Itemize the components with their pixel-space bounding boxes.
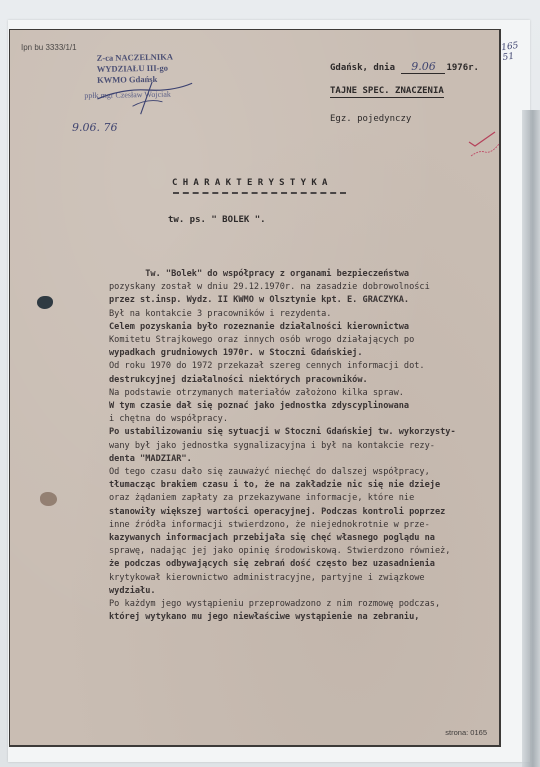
body-line: stanowiły większej wartości operacyjnej.…: [109, 506, 509, 519]
body-line: sprawę, nadając jej jako opinię środowis…: [109, 545, 509, 558]
body-line: wydziału.: [109, 585, 509, 598]
year: 1976r.: [446, 63, 479, 73]
place-prefix: Gdańsk, dnia: [330, 63, 395, 73]
background-edge: [522, 110, 540, 767]
body-line: wypadkach grudniowych 1970r. w Stoczni G…: [109, 347, 509, 360]
body-line: Po ustabilizowaniu się sytuacji w Stoczn…: [109, 426, 509, 439]
body-line: W tym czasie dał się poznać jako jednost…: [109, 400, 509, 413]
body-line: Od tego czasu dało się zauważyć niechęć …: [109, 466, 509, 479]
body-line: pozyskany został w dniu 29.12.1970r. na …: [109, 281, 509, 294]
body-line: Komitetu Strajkowego oraz innych osób wr…: [109, 334, 509, 347]
document-body: Tw. "Bolek" do współpracy z organami bez…: [109, 268, 509, 624]
body-line: oraz żądaniem zapłaty za przekazywane in…: [109, 492, 509, 505]
body-line: przez st.insp. Wydz. II KWMO w Olsztynie…: [109, 294, 509, 307]
official-stamp: Z-ca NACZELNIKA WYDZIAŁU III-go KWMO Gda…: [84, 51, 215, 101]
document-page: Ipn bu 3333/1/1 Z-ca NACZELNIKA WYDZIAŁU…: [9, 29, 501, 747]
archive-signature: Ipn bu 3333/1/1: [21, 43, 77, 52]
body-line: Od roku 1970 do 1972 przekazał szereg ce…: [109, 360, 509, 373]
document-title: CHARAKTERYSTYKA: [172, 178, 333, 188]
copy-number: Egz. pojedynczy: [330, 114, 411, 124]
body-line: Był na kontakcie 3 pracowników i rezyden…: [109, 308, 509, 321]
body-line: denta "MADZIAR".: [109, 453, 509, 466]
folio-numbers: 165 51: [501, 41, 521, 63]
body-line: inne źródła informacji stwierdzono, że n…: [109, 519, 509, 532]
handwritten-date: 9.06: [401, 60, 445, 74]
body-line: destrukcyjnej działalności niektórych pr…: [109, 374, 509, 387]
body-line: Celem pozyskania było rozeznanie działal…: [109, 321, 509, 334]
document-subject: tw. ps. " BOLEK ".: [168, 215, 266, 225]
body-line: której wytykano mu jego niewłaściwe wyst…: [109, 611, 509, 624]
classification: TAJNE SPEC. ZNACZENIA: [330, 86, 444, 98]
body-line: Na podstawie otrzymanych materiałów zało…: [109, 387, 509, 400]
stamp-handwritten-date: 9.06. 76: [72, 121, 117, 134]
body-line: krytykował kierownictwo administracyjne,…: [109, 572, 509, 585]
title-underline: [173, 192, 346, 194]
paper-stain: [40, 492, 57, 506]
punch-hole: [37, 296, 53, 309]
red-checkmark-icon: [465, 128, 505, 160]
body-line: wany był jako jednostka sygnalizacyjna i…: [109, 440, 509, 453]
place-date: Gdańsk, dnia 9.061976r.: [330, 60, 479, 74]
document-header: 165 51 Gdańsk, dnia 9.061976r. TAJNE SPE…: [330, 52, 479, 66]
body-line: i chętna do współpracy.: [109, 413, 509, 426]
signature-scribble-icon: [92, 75, 203, 117]
body-line: tłumacząc brakiem czasu i to, że na zakł…: [109, 479, 509, 492]
body-line: że podczas odbywających się zebrań dość …: [109, 558, 509, 571]
body-line: Tw. "Bolek" do współpracy z organami bez…: [109, 268, 509, 281]
page-number: strona: 0165: [445, 728, 487, 737]
body-line: Po każdym jego wystąpieniu przeprowadzon…: [109, 598, 509, 611]
body-line: kazywanych informacjach przebijała się c…: [109, 532, 509, 545]
